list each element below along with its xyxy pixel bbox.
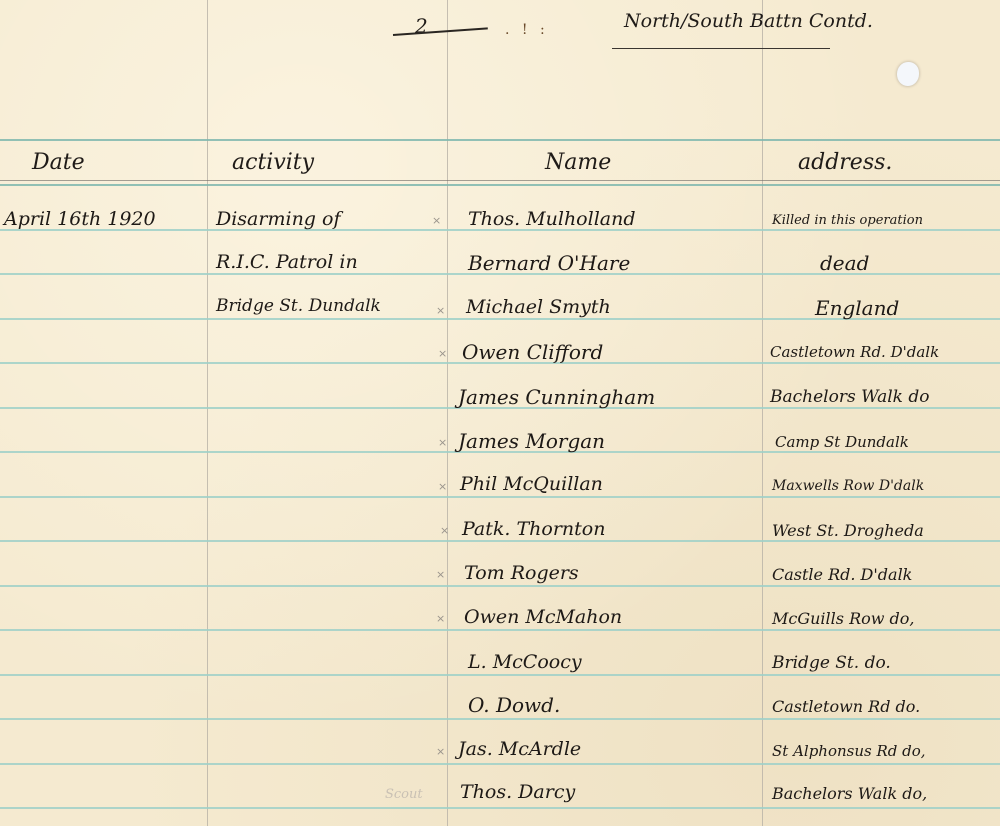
row-mark: × [432, 214, 441, 227]
row-mark: × [438, 480, 447, 493]
column-header-name: Name [545, 150, 611, 175]
row-mark: × [436, 568, 445, 581]
row-mark: × [438, 347, 447, 360]
row-name: James Morgan [458, 429, 605, 453]
row-address: St Alphonsus Rd do, [772, 742, 926, 760]
row-address: West St. Drogheda [772, 521, 924, 540]
ruled-line [0, 674, 1000, 676]
row-address: Bachelors Walk do, [772, 784, 927, 803]
punch-hole [897, 62, 919, 86]
row-address: Camp St Dundalk [775, 433, 909, 451]
row-name: Tom Rogers [464, 562, 579, 584]
row-name: O. Dowd. [468, 693, 560, 717]
activity-line-3: Bridge St. Dundalk [216, 296, 381, 316]
column-header-address: address. [798, 150, 892, 175]
row-address: Castletown Rd do. [772, 697, 920, 716]
row-name: Owen Clifford [462, 340, 603, 364]
heading-underline [612, 48, 830, 49]
header-top-rule [0, 139, 1000, 141]
row-name: Thos. Darcy [460, 781, 575, 803]
ruled-line [0, 718, 1000, 720]
page-heading: North/South Battn Contd. [624, 10, 873, 32]
ruled-line [0, 585, 1000, 587]
row-name: Michael Smyth [466, 296, 611, 318]
row-mark-scout-annotation: Scout [385, 787, 423, 802]
row-address: England [815, 296, 899, 320]
row-address: Castle Rd. D'dalk [772, 565, 912, 584]
ruled-line [0, 763, 1000, 765]
row-address: Bridge St. do. [772, 653, 891, 673]
column-header-activity: activity [232, 150, 314, 175]
column-rule-activity-name [447, 0, 448, 826]
ink-marks: . ! : [505, 22, 549, 38]
row-name: Phil McQuillan [460, 473, 603, 495]
row-address: dead [820, 251, 869, 275]
row-name: Owen McMahon [464, 606, 622, 628]
page-number: 2 [415, 14, 428, 38]
ruled-line [0, 807, 1000, 809]
ruled-line [0, 496, 1000, 498]
ledger-page: 2 . ! : North/South Battn Contd. Date ac… [0, 0, 1000, 826]
row-name: L. McCoocy [468, 651, 582, 673]
row-address: Killed in this operation [772, 213, 923, 228]
row-name: Bernard O'Hare [468, 251, 630, 275]
ruled-line [0, 540, 1000, 542]
column-rule-name-address [762, 0, 763, 826]
row-address: Castletown Rd. D'dalk [770, 343, 939, 361]
activity-line-2: R.I.C. Patrol in [216, 251, 358, 273]
row-mark: × [436, 612, 445, 625]
row-address: Maxwells Row D'dalk [772, 478, 924, 494]
row-mark: × [436, 745, 445, 758]
header-bottom-rule [0, 184, 1000, 186]
row-mark: × [440, 524, 449, 537]
page-number-underline [393, 27, 488, 36]
ruled-line [0, 629, 1000, 631]
column-rule-date-activity [207, 0, 208, 826]
row-address: Bachelors Walk do [770, 387, 929, 407]
row-address: McGuills Row do, [772, 609, 915, 628]
row-mark: × [438, 436, 447, 449]
activity-line-1: Disarming of [216, 208, 340, 230]
row-name: James Cunningham [458, 385, 655, 409]
row-name: Patk. Thornton [462, 518, 605, 540]
entry-date: April 16th 1920 [4, 208, 156, 230]
row-mark: × [436, 304, 445, 317]
header-ink-rule [0, 180, 1000, 181]
row-name: Jas. McArdle [458, 738, 581, 760]
row-name: Thos. Mulholland [468, 208, 636, 230]
column-header-date: Date [32, 150, 85, 175]
